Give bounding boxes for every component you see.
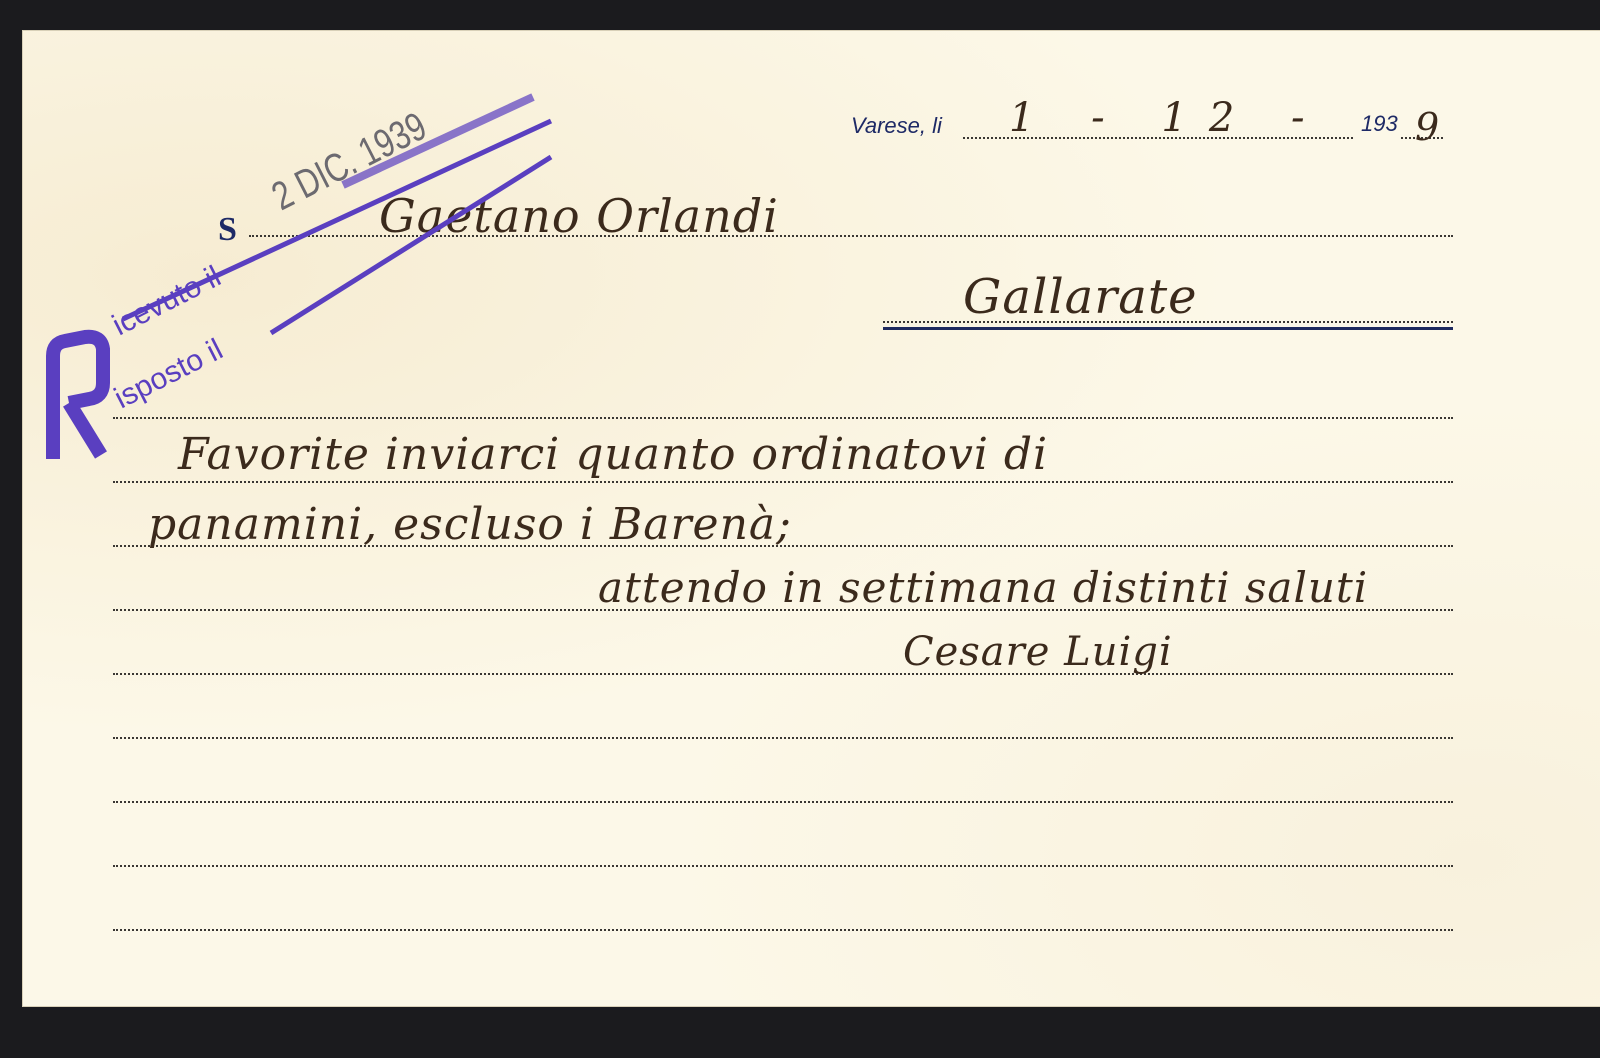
s-mark: S xyxy=(218,211,237,249)
body-line-3: attendo in settimana distinti saluti xyxy=(598,563,1368,612)
ruled-line-5 xyxy=(113,673,1453,675)
ruled-line-9 xyxy=(113,929,1453,931)
recipient-city: Gallarate xyxy=(963,269,1198,325)
handwritten-year-digit: 9 xyxy=(1415,105,1440,149)
body-line-2: panamini, escluso i Barenà; xyxy=(148,499,792,550)
printed-place-label: Varese, li xyxy=(851,113,942,139)
ruled-line-7 xyxy=(113,801,1453,803)
stamp-text-replied: isposto il xyxy=(109,333,228,415)
handwritten-date: 1 - 12 - xyxy=(1009,95,1327,141)
printed-year-prefix: 193 xyxy=(1361,111,1398,137)
stamp-line-replied xyxy=(271,157,551,333)
city-underline xyxy=(883,327,1453,330)
signature: Cesare Luigi xyxy=(903,629,1173,675)
ruled-line-8 xyxy=(113,865,1453,867)
body-line-1: Favorite inviarci quanto ordinatovi di xyxy=(178,429,1048,480)
ruled-line-6 xyxy=(113,737,1453,739)
ruled-line-1 xyxy=(113,417,1453,419)
ruled-line-2 xyxy=(113,481,1453,483)
recipient-name: Gaetano Orlandi xyxy=(379,189,779,243)
postcard: Varese, li 193 1 - 12 - 9 S Gaetano Orla… xyxy=(23,31,1600,1006)
stamp-text-received: icevuto il xyxy=(107,260,226,342)
stamp-frame-r xyxy=(53,337,103,459)
